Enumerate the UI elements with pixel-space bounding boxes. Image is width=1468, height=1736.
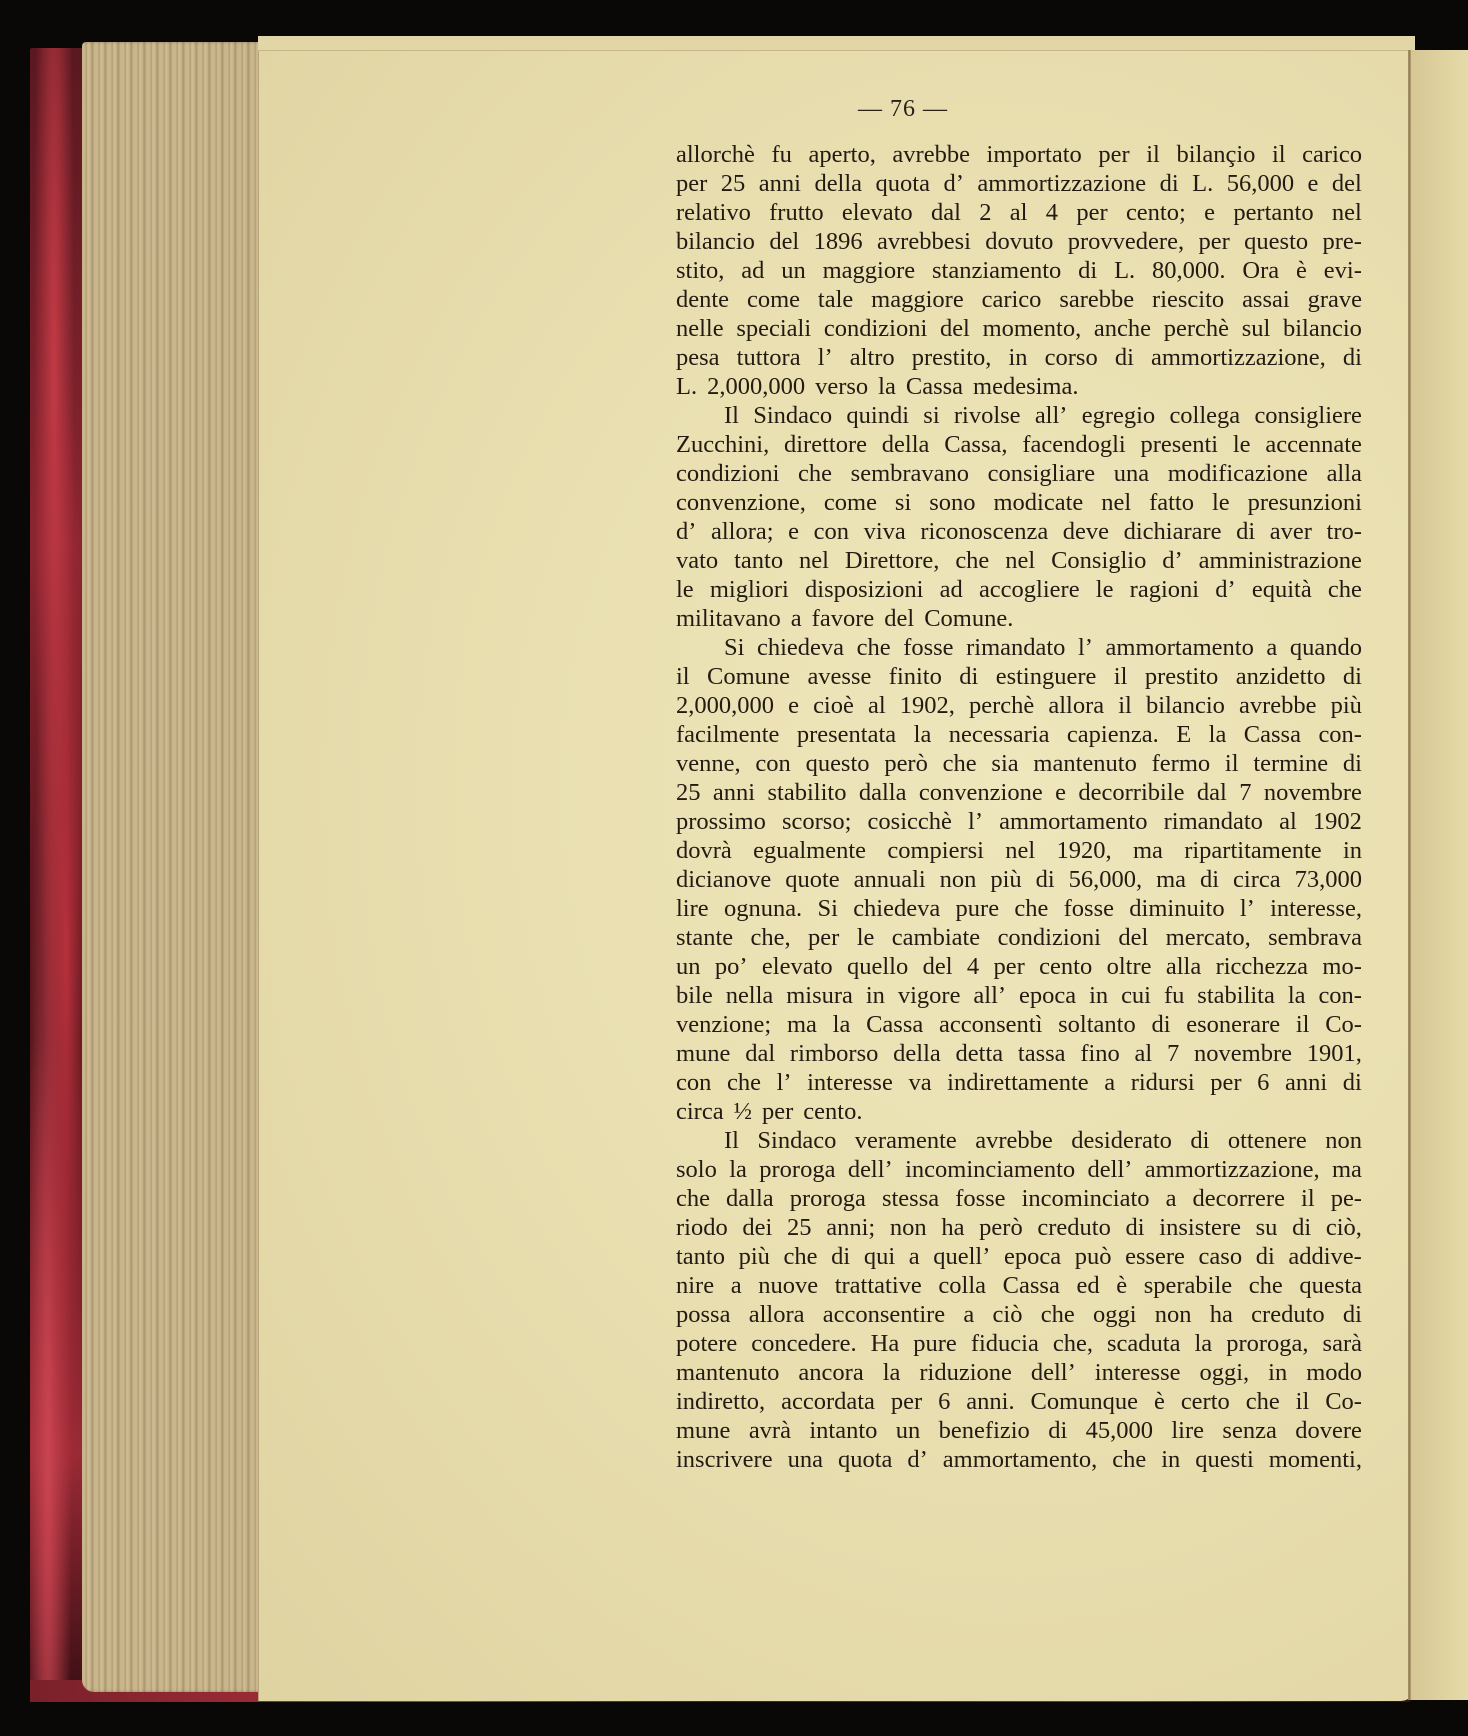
word: Direttore, [845,546,940,575]
word: detta [956,1039,1004,1068]
word: cioè [813,691,854,720]
word: per [762,1097,793,1126]
text-line: Sichiedevachefosserimandatol’ammortament… [676,633,1362,662]
word: avrebbe [892,140,970,169]
word: sia [991,749,1018,778]
word: di [1160,169,1179,198]
text-line: dicianovequoteannualinonpiùdi56,000,madi… [676,865,1362,894]
word: frutto [769,198,823,227]
word: grave [1308,285,1362,314]
word: la [914,720,932,749]
word: migliori [710,575,789,604]
word: consigliere [1254,401,1362,430]
word: senza [1222,1416,1276,1445]
text-line: dovràegualmentecompiersinel1920,maripart… [676,836,1362,865]
word: ammortizzazione [977,169,1146,198]
word: elevato [762,952,833,981]
word: per [891,1387,922,1416]
word: Cassa [1244,720,1301,749]
word: inscrivere [676,1445,773,1474]
word: al [868,691,886,720]
text-line: ilComuneavessefinitodiestinguereilpresti… [676,662,1362,691]
word: questa [1299,1271,1362,1300]
word: 1902 [1313,807,1362,836]
word: avrebbesi [877,227,971,256]
text-line: munedalrimborsodelladettatassafinoal7nov… [676,1039,1362,1068]
text-line: militavanoafavoredelComune. [676,604,1362,633]
word: che [1249,1271,1283,1300]
word: 2,000,000 [707,372,805,401]
word: del [1118,923,1148,952]
word: avrà [749,1416,791,1445]
word: fu [771,140,791,169]
word: prossimo [676,807,766,836]
word: lire [1171,1416,1204,1445]
word: epoca [1004,1242,1061,1271]
word: modificazione [1168,459,1308,488]
word: è [1116,1271,1127,1300]
word: il [1114,662,1128,691]
text-line: possaalloraacconsentireaciòcheogginonhac… [676,1300,1362,1329]
word: il [676,662,690,691]
word: presenti [1141,430,1219,459]
word: concedere. [751,1329,856,1358]
word: del [923,952,953,981]
word: 4 [967,952,979,981]
word: oggi, [1199,1358,1249,1387]
word: quota [876,169,930,198]
word: tro- [1327,517,1362,546]
word: a [1166,1184,1177,1213]
word: su [1256,1213,1278,1242]
word: epoca [1019,981,1076,1010]
word: ciò [993,1300,1023,1329]
word: l’ [818,343,833,372]
text-line: unpo’elevatoquellodel4percentooltreallar… [676,952,1362,981]
word: rimandato [966,633,1065,662]
word: anni [1285,1068,1327,1097]
word: verso [815,372,868,401]
word: Co- [1325,1387,1362,1416]
word: cento [1039,952,1092,981]
page-number-header: — 76 — [858,96,948,123]
word: d’ [907,1445,927,1474]
text-line: inscrivereunaquotad’ammortamento,cheinqu… [676,1445,1362,1474]
facing-page-edge [1411,50,1468,1700]
word: tuttora [737,343,801,372]
word: sperabile [1144,1271,1232,1300]
word: incominciamento [905,1155,1075,1184]
word: acconsentire [823,1300,945,1329]
word: di [1343,1068,1362,1097]
word: al [1135,1039,1153,1068]
text-line: bilanciodel1896avrebbesidovutoprovvedere… [676,227,1362,256]
word: nel [799,546,829,575]
word: le [1096,575,1114,604]
text-line: riododei25anni;nonhaperòcredutodiinsiste… [676,1213,1362,1242]
word: ognuna. [724,894,802,923]
word: consigliare [988,459,1096,488]
word: di [1200,865,1219,894]
word: per [994,952,1025,981]
word: per [1210,1068,1241,1097]
word: 25 [676,778,701,807]
word: venzione; [676,1010,771,1039]
page-stack-edge [82,42,262,1692]
word: alla [1327,459,1362,488]
text-line: chedallaprorogastessafosseincominciatoad… [676,1184,1362,1213]
word: importato [987,140,1082,169]
word: esonerare [1186,1010,1280,1039]
word: il [1272,140,1286,169]
word: diminuito [1129,894,1224,923]
word: momenti, [1269,1445,1362,1474]
word: fosse [903,633,953,662]
word: po’ [715,952,748,981]
word: intanto [809,1416,877,1445]
word: e [788,691,799,720]
word: modo [1306,1358,1362,1387]
word: il [1296,1387,1310,1416]
word: dalla [726,1184,774,1213]
word: circa [676,1097,724,1126]
word: ha [941,1213,964,1242]
word: momento, [983,314,1082,343]
word: allora; [711,517,774,546]
word: quote [785,865,839,894]
word: capienza. [1067,720,1159,749]
word: oggi [1093,1300,1137,1329]
word: novembre [1264,778,1362,807]
text-line: convenzione,comesisonomodicatenelfattole… [676,488,1362,517]
word: anni; [826,1213,875,1242]
word: in [1343,836,1362,865]
word: dal [745,1039,775,1068]
text-line: relativofruttoelevatodal2al4percento;epe… [676,198,1362,227]
word: stito, [676,256,724,285]
word: però [884,749,928,778]
word: quando [1290,633,1362,662]
book-cover-spine [30,48,90,1700]
word: dei [742,1213,772,1242]
word: equità [1252,575,1312,604]
word: circa [1233,865,1281,894]
word: accennate [1265,430,1362,459]
word: pre- [1323,227,1362,256]
word: facilmente [676,720,779,749]
word: dell’ [1031,1358,1076,1387]
word: pure [956,894,1000,923]
word: è [1154,1387,1165,1416]
word: interesse [1095,1358,1181,1387]
word: cento. [803,1097,862,1126]
word: però [979,1213,1023,1242]
word: 25 [721,169,746,198]
word: il [1146,140,1160,169]
word: più [739,1242,770,1271]
word: indirettamente [947,1068,1089,1097]
word: a [909,1242,920,1271]
word: si [923,401,939,430]
word: a [791,604,802,633]
word: 1896 [814,227,863,256]
word: misura [786,981,853,1010]
word: come [824,488,877,517]
word: colla [938,1271,986,1300]
word: nel [1005,836,1035,865]
word: Il [724,1126,739,1155]
word: pe- [1331,1184,1362,1213]
word: bilancio [676,227,755,256]
word: dell’ [1088,1155,1133,1184]
word: L. [1192,169,1213,198]
word: 7 [1239,778,1251,807]
word: oltre [1107,952,1152,981]
word: 6 [1257,1068,1269,1097]
word: mantenuto [676,1358,779,1387]
word: mercato, [1166,923,1251,952]
word: 56,000, [1069,865,1143,894]
word: 1901, [1307,1039,1362,1068]
word: 25 [787,1213,812,1242]
page-text-body: allorchèfuaperto,avrebbeimportatoperilbi… [676,140,1362,1474]
word: lire [676,894,709,923]
word: fu [1164,981,1184,1010]
word: pure [913,1329,957,1358]
word: la [883,1358,901,1387]
word: finito [889,662,942,691]
word: fosse [955,1184,1005,1213]
word: soltanto [1058,1010,1136,1039]
word: a [1266,633,1277,662]
word: che [1112,1445,1146,1474]
word: d’ [1162,546,1182,575]
word: Zucchini, [676,430,769,459]
word: evi- [1324,256,1362,285]
word: tanto [676,1242,725,1271]
word: l’ [777,1068,792,1097]
word: in [1161,1445,1180,1474]
word: compiersi [887,836,984,865]
word: aver [1270,517,1312,546]
word: dovere [1295,1416,1362,1445]
word: Sindaco [757,1126,836,1155]
word: convenzione [919,778,1043,807]
word: la [1194,1329,1212,1358]
word: convenzione, [676,488,806,517]
word: riconoscenza [920,517,1048,546]
word: cosicchè [868,807,952,836]
word: va [908,1068,931,1097]
word: veramente [855,1126,957,1155]
word: ancora [798,1358,863,1387]
word: stabilita [1197,981,1275,1010]
word: rimandato [1164,807,1263,836]
text-line: L.2,000,000versolaCassamedesima. [676,372,1362,401]
word: con- [1318,720,1362,749]
word: caso [1199,1242,1243,1271]
word: essere [1125,1242,1185,1271]
word: prestito, [912,343,992,372]
word: Cassa [906,372,963,401]
word: anni [713,778,755,807]
word: 2,000,000 [676,691,774,720]
word: Il [724,401,739,430]
text-line: 25annistabilitodallaconvenzioneedecorrib… [676,778,1362,807]
word: Comune. [924,604,1013,633]
word: questi [1195,1445,1254,1474]
word: mo- [1322,952,1361,981]
text-line: conchel’interessevaindirettamentearidurs… [676,1068,1362,1097]
text-line: venzione;malaCassaacconsentìsoltantodies… [676,1010,1362,1039]
word: più [990,865,1021,894]
word: Cassa [1003,1271,1060,1300]
word: d’ [676,517,696,546]
word: sono [929,488,975,517]
word: quello [847,952,908,981]
word: per [1198,227,1229,256]
text-line: lireognuna.Sichiedevapurechefossediminui… [676,894,1362,923]
word: l’ [968,807,983,836]
word: del [884,604,914,633]
word: elevato [842,198,913,227]
word: altro [850,343,895,372]
text-line: sololaprorogadell’incominciamentodell’am… [676,1155,1362,1184]
word: assai [1242,285,1290,314]
word: presunzioni [1248,488,1362,517]
word: Si [724,633,744,662]
word: 2 [979,198,991,227]
word: ammortizzazione, [1151,343,1326,372]
word: Sindaco [753,401,832,430]
word: con- [1318,981,1362,1010]
text-line: lemiglioridisposizioniadaccogliereleragi… [676,575,1362,604]
word: accogliere [979,575,1080,604]
text-line: circa½percento. [676,1097,1362,1126]
word: Comunque [1031,1387,1139,1416]
word: d’ [943,169,963,198]
word: cento; [1126,198,1186,227]
word: venne, [676,749,741,778]
word: Ha [871,1329,900,1358]
word: indiretto, [676,1387,765,1416]
word: ricchezza [1216,952,1308,981]
text-line: mantenutoancoralariduzionedell’interesse… [676,1358,1362,1387]
word: chiedeva [757,633,844,662]
text-line: potereconcedere.Hapurefiduciache,scaduta… [676,1329,1362,1358]
text-line: nellespecialicondizionidelmomento,anchep… [676,314,1362,343]
word: e [1204,198,1215,227]
word: fermo [1152,749,1211,778]
word: dichiarare [1124,517,1222,546]
word: fosse [1064,894,1114,923]
word: la [833,1010,851,1039]
word: sarà [1323,1329,1362,1358]
word: che [676,1184,710,1213]
word: vigore [898,981,961,1010]
word: qui [864,1242,895,1271]
word: ma [1332,1155,1362,1184]
word: quindi [846,401,909,430]
word: annuali [854,865,926,894]
text-line: stito,adunmaggiorestanziamentodiL.80,000… [676,256,1362,285]
word: fatto [1149,488,1194,517]
word: che [1246,1387,1280,1416]
text-line: prossimoscorso;cosicchèl’ammortamentorim… [676,807,1362,836]
word: incominciato [1022,1184,1150,1213]
word: di [1151,1010,1170,1039]
word: ciò, [1326,1213,1362,1242]
word: che [798,459,832,488]
word: anni [759,169,801,198]
word: che [1328,575,1362,604]
word: in [1008,343,1027,372]
text-line: IlSindacoveramenteavrebbedesideratodiott… [676,1126,1362,1155]
word: e [788,517,799,546]
word: acconsentì [939,1010,1042,1039]
word: al [1010,198,1028,227]
text-line: IlSindacoquindisirivolseall’egregiocolle… [676,401,1362,430]
word: e [1055,778,1066,807]
word: amministrazione [1199,546,1362,575]
word: chiedeva [853,894,940,923]
word: carico [1302,140,1362,169]
word: presentata [797,720,896,749]
word: alla [1166,952,1201,981]
word: la [878,372,896,401]
word: non [1155,1300,1192,1329]
word: nel [1101,488,1131,517]
word: una [788,1445,823,1474]
word: dovrà [676,836,732,865]
word: solo [676,1155,717,1184]
word: 45,000 [1086,1416,1153,1445]
word: ha [1210,1300,1233,1329]
word: interesse [807,1068,893,1097]
word: riduzione [919,1358,1012,1387]
word: questo [806,749,870,778]
word: stabilito [768,778,847,807]
text-line: muneavràintantounbenefiziodi45,000lirese… [676,1416,1362,1445]
word: perchè [969,691,1034,720]
word: di [1078,256,1097,285]
word: rivolse [954,401,1021,430]
word: il [1225,749,1239,778]
word: nuove [758,1271,818,1300]
word: potere [676,1329,737,1358]
word: le [1212,488,1230,517]
word: sembrava [1268,923,1362,952]
word: 56,000 [1227,169,1294,198]
word: con [814,517,849,546]
word: ma [1133,836,1163,865]
word: 7 [1167,1039,1179,1068]
word: accordata [781,1387,875,1416]
word: a [731,1271,742,1300]
word: Cassa [866,1010,923,1039]
word: anni. [966,1387,1014,1416]
word: allora [749,1300,805,1329]
word: 1920, [1057,836,1112,865]
word: scaduta [1107,1329,1180,1358]
word: maggiore [823,256,916,285]
word: 1902, [900,691,955,720]
word: del [940,314,970,343]
word: nire [676,1271,714,1300]
word: di [1343,662,1362,691]
text-line: allorchèfuaperto,avrebbeimportatoperilbi… [676,140,1362,169]
word: viva [864,517,906,546]
